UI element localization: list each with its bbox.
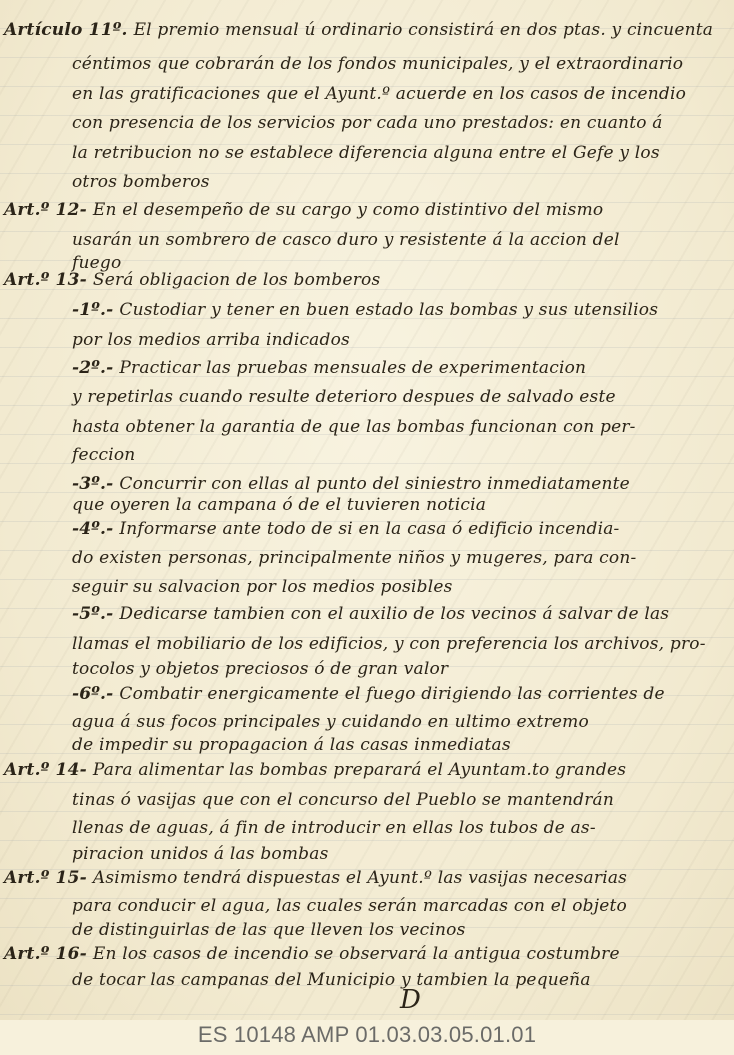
article-11-line-5: la retribucion no se establece diferenci… bbox=[72, 145, 660, 162]
article-15-line-3: de distinguirlas de las que lleven los v… bbox=[72, 922, 466, 939]
article-11-line-1: Artículo 11º.El premio mensual ú ordinar… bbox=[4, 22, 713, 39]
item-2-label: -2º.- bbox=[72, 358, 113, 378]
article-11-line-4: con presencia de los servicios por cada … bbox=[72, 115, 663, 132]
article-11-line-2: céntimos que cobrarán de los fondos muni… bbox=[72, 56, 683, 73]
article-11-label: Artículo 11º. bbox=[4, 20, 128, 40]
archive-reference-caption: ES 10148 AMP 01.03.03.05.01.01 bbox=[0, 1022, 734, 1048]
item-5-label: -5º.- bbox=[72, 604, 113, 624]
article-14-line-3: llenas de aguas, á fin de introducir en … bbox=[72, 820, 596, 837]
article-14-line-4: piracion unidos á las bombas bbox=[72, 846, 329, 863]
manuscript-page: Artículo 11º.El premio mensual ú ordinar… bbox=[0, 0, 734, 1020]
article-12-line-1: Art.º 12-En el desempeño de su cargo y c… bbox=[4, 202, 603, 219]
article-16-line-2: de tocar las campanas del Municipio y ta… bbox=[72, 972, 591, 989]
article-12-label: Art.º 12- bbox=[4, 200, 87, 220]
article-13-label: Art.º 13- bbox=[4, 270, 87, 290]
article-13-line-1: Art.º 13-Será obligacion de los bomberos bbox=[4, 272, 380, 289]
signature-flourish: D bbox=[400, 985, 421, 1015]
article-14-line-2: tinas ó vasijas que con el concurso del … bbox=[72, 792, 614, 809]
article-14-line-1: Art.º 14-Para alimentar las bombas prepa… bbox=[4, 762, 626, 779]
article-11-line-3: en las gratificaciones que el Ayunt.º ac… bbox=[72, 86, 686, 103]
article-11-line-6: otros bomberos bbox=[72, 174, 210, 191]
article-15-line-1: Art.º 15-Asimismo tendrá dispuestas el A… bbox=[4, 870, 627, 887]
item-1-label: -1º.- bbox=[72, 300, 113, 320]
article-16-label: Art.º 16- bbox=[4, 944, 87, 964]
item-6-label: -6º.- bbox=[72, 684, 113, 704]
article-15-label: Art.º 15- bbox=[4, 868, 87, 888]
article-14-label: Art.º 14- bbox=[4, 760, 87, 780]
item-3-label: -3º.- bbox=[72, 474, 113, 494]
article-15-line-2: para conducir el agua, las cuales serán … bbox=[72, 898, 627, 915]
article-12-line-2: usarán un sombrero de casco duro y resis… bbox=[72, 232, 620, 249]
item-4-label: -4º.- bbox=[72, 519, 113, 539]
article-16-line-1: Art.º 16-En los casos de incendio se obs… bbox=[4, 946, 620, 963]
